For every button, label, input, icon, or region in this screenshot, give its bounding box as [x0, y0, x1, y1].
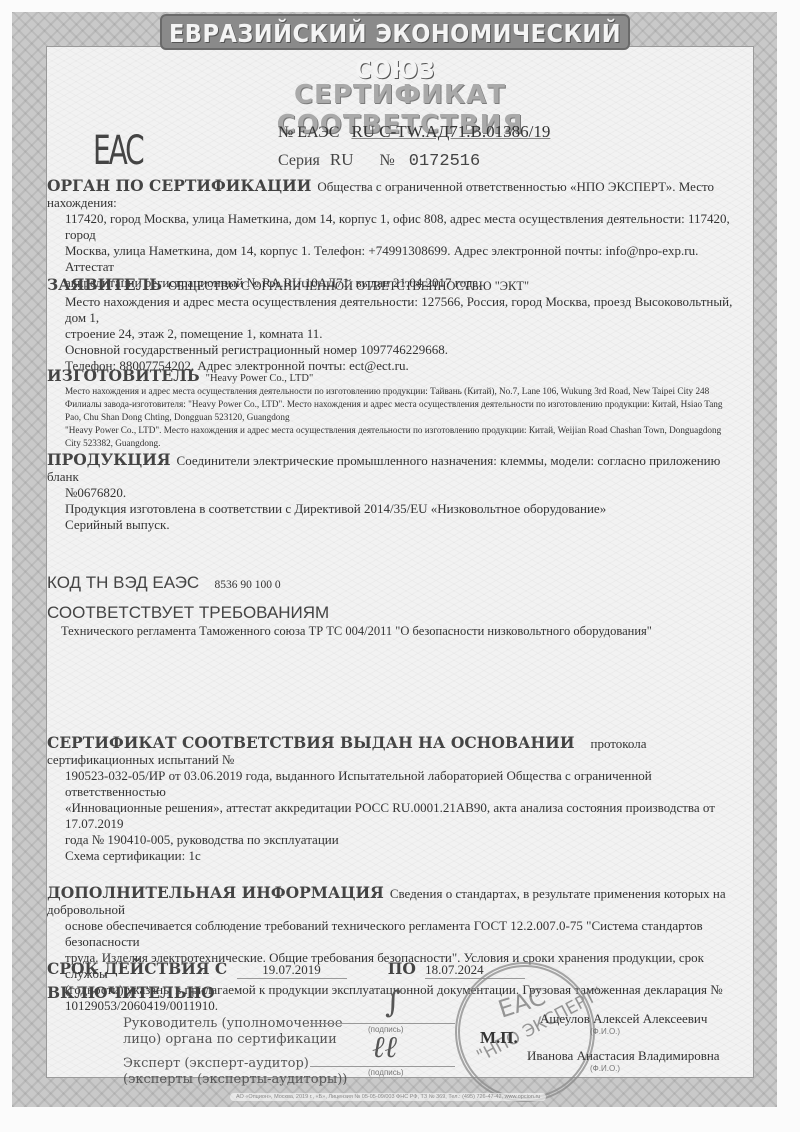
text-line: Продукция изготовлена в соответствии с Д…	[47, 501, 747, 517]
section-tn-ved: КОД ТН ВЭД ЕАЭС 8536 90 100 0	[47, 575, 747, 593]
section-manufacturer: ИЗГОТОВИТЕЛЬ"Heavy Power Co., LTD" Место…	[47, 368, 752, 450]
text-line: «Инновационные решения», аттестат аккред…	[47, 800, 747, 832]
expert-name: Иванова Анастасия Владимировна	[527, 1048, 720, 1064]
expert-label: Эксперт (эксперт-аудитор) (эксперты (экс…	[123, 1056, 347, 1088]
label-line: (эксперты (эксперты-аудиторы))	[123, 1072, 347, 1088]
validity-from-date: 19.07.2019	[237, 962, 347, 979]
certification-body-stamp: EAC "НПО ЭКСПЕРТ"	[455, 962, 595, 1102]
fio-caption: (Ф.И.О.)	[590, 1027, 620, 1036]
head-of-body-label: Руководитель (уполномоченное лицо) орган…	[123, 1016, 343, 1048]
head-name: Ащеулов Алексей Алексеевич	[540, 1011, 707, 1027]
label-line: лицо) органа по сертификации	[123, 1032, 343, 1048]
product-heading: ПРОДУКЦИЯ	[47, 450, 171, 469]
series-value: RU	[330, 150, 354, 169]
certification-body-heading: ОРГАН ПО СЕРТИФИКАЦИИ	[47, 176, 311, 195]
tn-ved-heading: КОД ТН ВЭД ЕАЭС	[47, 573, 199, 592]
union-banner: ЕВРАЗИЙСКИЙ ЭКОНОМИЧЕСКИЙ СОЮЗ	[160, 14, 630, 50]
text-line: Место нахождения и адрес места осуществл…	[47, 294, 747, 326]
certificate-number: № ЕАЭС RU C-TW.АД71.В.01386/19	[278, 122, 550, 142]
head-signature: ∫	[385, 985, 401, 1020]
eac-logo-icon: EAC	[93, 128, 143, 174]
text-line: года № 190410-005, руководства по эксплу…	[47, 832, 747, 848]
printer-imprint: АО «Опцион», Москва, 2019 г., «Б», Лицен…	[230, 1093, 546, 1101]
certificate-number-value: RU C-TW.АД71.В.01386/19	[351, 122, 550, 141]
applicant-heading: ЗАЯВИТЕЛЬ	[47, 275, 162, 294]
expert-signature: ℓℓ	[372, 1030, 397, 1065]
label-line: Эксперт (эксперт-аудитор)	[123, 1056, 347, 1072]
label-line: Руководитель (уполномоченное	[123, 1016, 343, 1032]
text-line: Схема сертификации: 1с	[47, 848, 747, 864]
additional-info-heading: ДОПОЛНИТЕЛЬНАЯ ИНФОРМАЦИЯ	[47, 883, 384, 902]
validity-to-label: ПО	[388, 959, 416, 978]
requirements-heading: СООТВЕТСТВУЕТ ТРЕБОВАНИЯМ	[47, 605, 741, 621]
section-requirements: СООТВЕТСТВУЕТ ТРЕБОВАНИЯМ Технического р…	[47, 605, 747, 639]
text-line: 117420, город Москва, улица Наметкина, д…	[47, 211, 747, 243]
text-line: Pao, Chu Shan Dong Chting, Dongguan 5231…	[47, 411, 752, 424]
text-line: City 523382, Guangdong.	[47, 437, 752, 450]
seal-label: М.П.	[480, 1028, 518, 1048]
blank-number-value: 0172516	[409, 152, 480, 171]
text-line: основе обеспечивается соблюдение требова…	[47, 918, 747, 950]
text-line: строение 24, этаж 2, помещение 1, комнат…	[47, 326, 747, 342]
expert-signature-line	[310, 1066, 455, 1067]
text-line: Место нахождения и адрес места осуществл…	[47, 385, 752, 398]
text-line: Филиалы завода-изготовителя: "Heavy Powe…	[47, 398, 752, 411]
section-basis: СЕРТИФИКАТ СООТВЕТСТВИЯ ВЫДАН НА ОСНОВАН…	[47, 735, 747, 864]
certificate-number-label: № ЕАЭС	[278, 124, 339, 141]
manufacturer-heading: ИЗГОТОВИТЕЛЬ	[47, 366, 200, 385]
section-product: ПРОДУКЦИЯСоединители электрические промы…	[47, 452, 747, 533]
basis-heading: СЕРТИФИКАТ СООТВЕТСТВИЯ ВЫДАН НА ОСНОВАН…	[47, 733, 574, 752]
blank-number-label: №	[380, 152, 395, 169]
section-applicant: ЗАЯВИТЕЛЬОБЩЕСТВО С ОГРАНИЧЕННОЙ ОТВЕТСТ…	[47, 277, 747, 374]
applicant-name: ОБЩЕСТВО С ОГРАНИЧЕННОЙ ОТВЕТСТВЕННОСТЬЮ…	[168, 279, 529, 293]
head-signature-line	[310, 1023, 455, 1024]
text-line: Москва, улица Наметкина, дом 14, корпус …	[47, 243, 747, 275]
text-line: Технического регламента Таможенного союз…	[47, 623, 747, 639]
fio-caption: (Ф.И.О.)	[590, 1064, 620, 1073]
text-line: №0676820.	[47, 485, 747, 501]
text-line: Серийный выпуск.	[47, 517, 747, 533]
validity-from-label: СРОК ДЕЙСТВИЯ С	[47, 959, 227, 978]
blank-series: Серия RU № 0172516	[278, 150, 480, 171]
signature-caption: (подпись)	[368, 1068, 404, 1077]
manufacturer-name: "Heavy Power Co., LTD"	[206, 373, 314, 384]
text-line: Основной государственный регистрационный…	[47, 342, 747, 358]
tn-ved-code: 8536 90 100 0	[214, 579, 280, 591]
series-label: Серия	[278, 152, 320, 169]
text-line: 190523-032-05/ИР от 03.06.2019 года, выд…	[47, 768, 747, 800]
text-line: "Heavy Power Co., LTD". Место нахождения…	[47, 424, 752, 437]
